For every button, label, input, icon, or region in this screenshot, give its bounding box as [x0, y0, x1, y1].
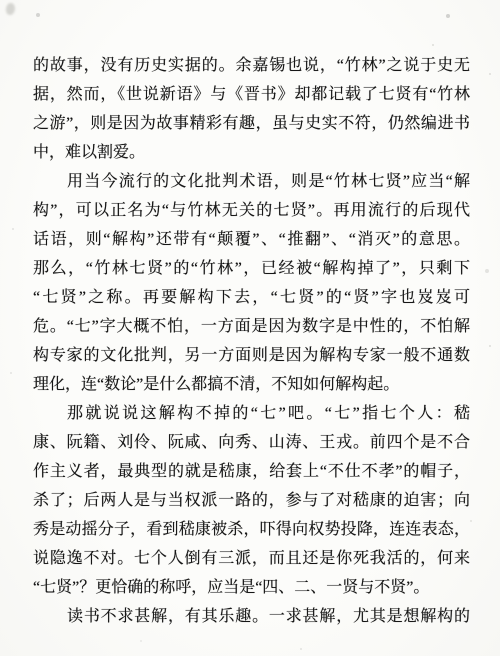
scan-noise — [0, 0, 2, 2]
text-line: 秀是动摇分子，看到嵇康被杀，吓得向权势投降，连连表态， — [33, 515, 470, 544]
text-line: 中，难以割爱。 — [33, 138, 470, 167]
text-line: 之游”，则是因为故事精彩有趣，虽与史实不符，仍然编进书 — [33, 109, 470, 138]
text-line: 话语，则“解构”还带有“颠覆”、“推翻”、“消灭”的意思。 — [33, 225, 470, 254]
text-line: 读书不求甚解，有其乐趣。一求甚解，尤其是想解构的 — [33, 602, 470, 631]
page-text: 的故事，没有历史实据的。余嘉锡也说，“竹林”之说于史无据，然而，《世说新语》与《… — [33, 51, 470, 631]
text-line: 说隐逸不对。七个人倒有三派，而且还是你死我活的，何来 — [33, 544, 470, 573]
text-line: 作主义者，最典型的就是嵇康，给套上“不仕不孝”的帽子， — [33, 457, 470, 486]
scan-smudge — [5, 2, 16, 16]
text-line: 构专家的文化批判，另一方面则是因为解构专家一般不通数 — [33, 341, 470, 370]
text-line: 危。“七”字大概不怕，一方面是因为数字是中性的，不怕解 — [33, 312, 470, 341]
text-line: 理化，连“数论”是什么都搞不清，不知如何解构起。 — [33, 370, 470, 399]
text-line: 康、阮籍、刘伶、阮咸、向秀、山涛、王戎。前四个是不合 — [33, 428, 470, 457]
text-line: “七贤”？更恰确的称呼，应当是“四、二、一贤与不贤”。 — [33, 573, 470, 602]
text-line: 那就说说这解构不掉的“七”吧。“七”指七个人：嵇 — [33, 399, 470, 428]
text-line: 的故事，没有历史实据的。余嘉锡也说，“竹林”之说于史无 — [33, 51, 470, 80]
text-line: 据，然而，《世说新语》与《晋书》却都记载了七贤有“竹林 — [33, 80, 470, 109]
text-line: 构”，可以正名为“与竹林无关的七贤”。再用流行的后现代 — [33, 196, 470, 225]
text-line: 杀了；后两人是与当权派一路的，参与了对嵇康的迫害；向 — [33, 486, 470, 515]
text-line: 用当今流行的文化批判术语，则是“竹林七贤”应当“解 — [33, 167, 470, 196]
scanned-book-page: 的故事，没有历史实据的。余嘉锡也说，“竹林”之说于史无据，然而，《世说新语》与《… — [0, 0, 500, 656]
text-line: 那么，“竹林七贤”的“竹林”，已经被“解构掉了”，只剩下 — [33, 254, 470, 283]
text-line: “七贤”之称。再要解构下去，“七贤”的“贤”字也岌岌可 — [33, 283, 470, 312]
